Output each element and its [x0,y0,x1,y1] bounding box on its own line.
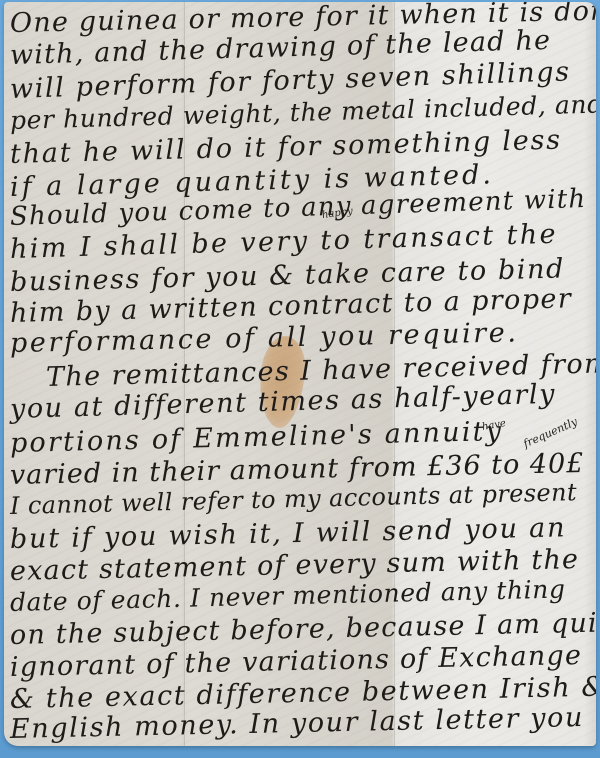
letter-page: One guinea or more for it when it is don… [4,2,596,746]
handwritten-text: One guinea or more for it when it is don… [4,2,596,746]
inserted-word-frequently: frequently [521,415,579,450]
